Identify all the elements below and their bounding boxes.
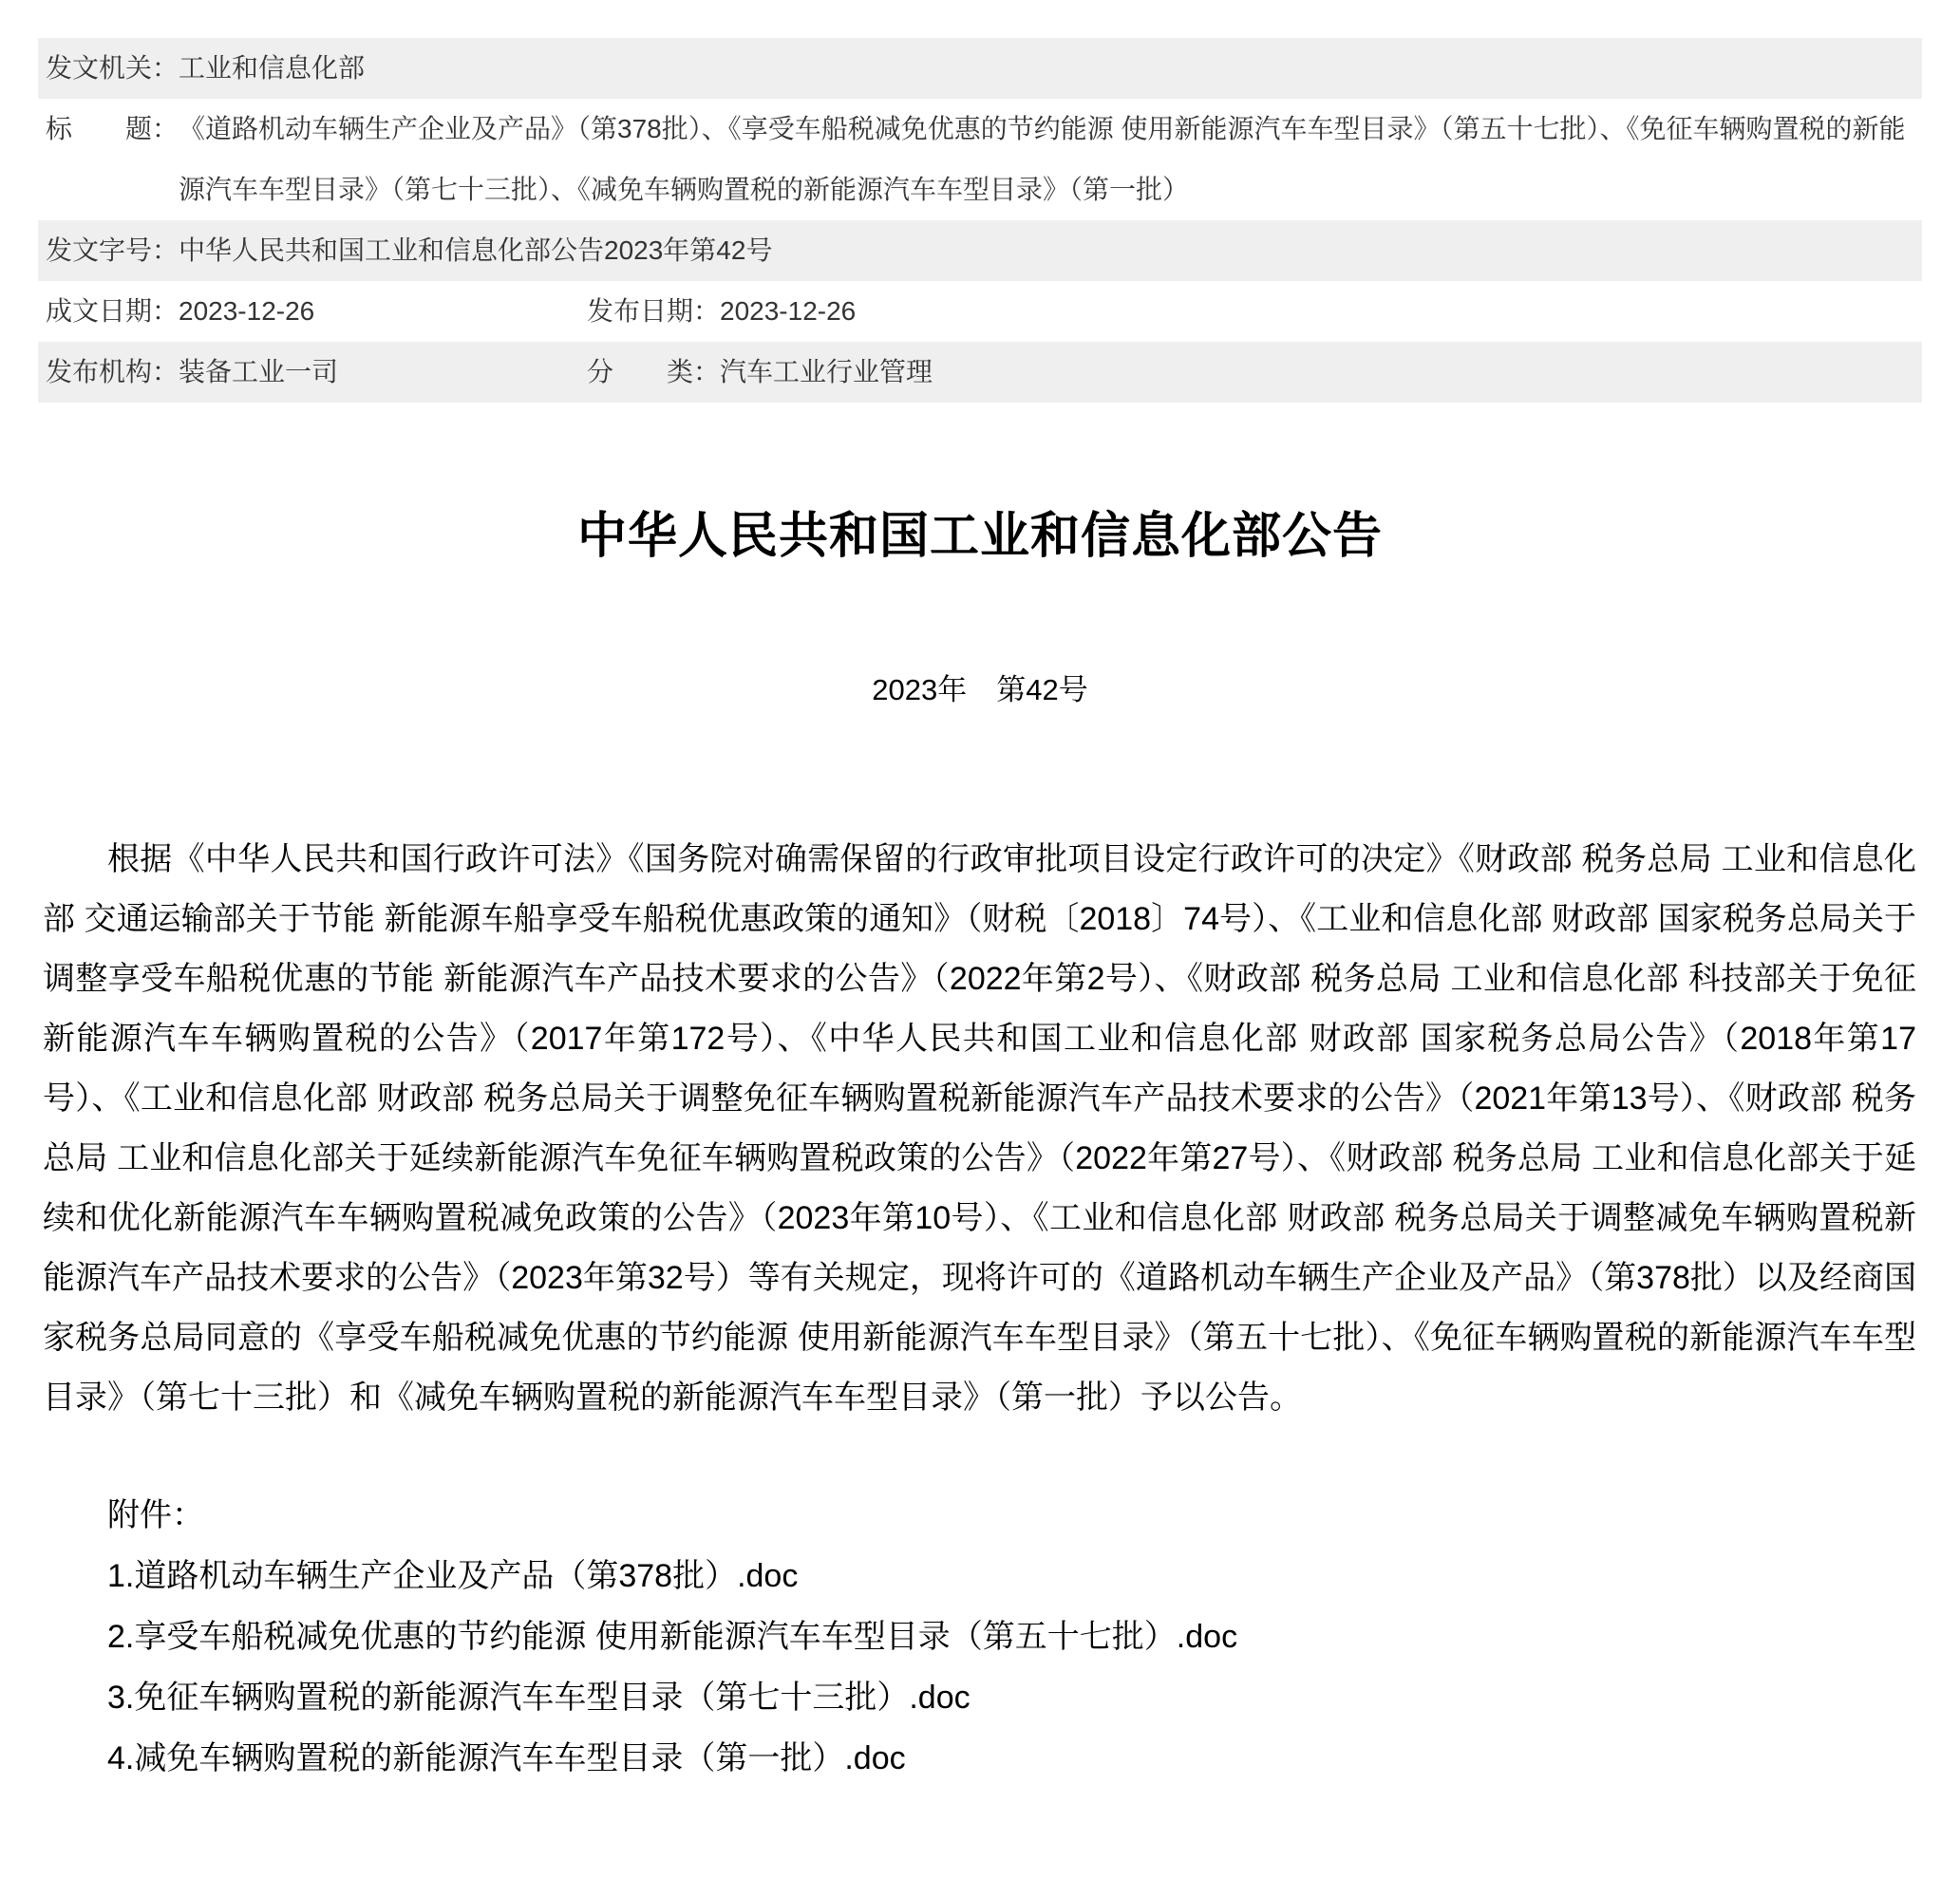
meta-value-publish-date: 2023-12-26 [720, 281, 1907, 342]
meta-cell-signed-date: 成文日期： 2023-12-26 [46, 281, 587, 342]
attachment-link-2[interactable]: 2.享受车船税减免优惠的节约能源 使用新能源汽车车型目录（第五十七批）.doc [107, 1606, 1916, 1667]
attachment-link-3[interactable]: 3.免征车辆购置税的新能源汽车车型目录（第七十三批）.doc [107, 1667, 1916, 1728]
meta-value-document-number: 中华人民共和国工业和信息化部公告2023年第42号 [179, 220, 1907, 281]
meta-value-publisher: 装备工业一司 [179, 342, 587, 403]
meta-row-document-number: 发文字号： 中华人民共和国工业和信息化部公告2023年第42号 [38, 220, 1922, 281]
meta-value-title: 《道路机动车辆生产企业及产品》（第378批）、《享受车船税减免优惠的节约能源 使… [179, 99, 1907, 220]
meta-label-category: 分 类： [587, 342, 720, 403]
meta-label-issuing-agency: 发文机关： [46, 38, 179, 99]
document-page: 发文机关： 工业和信息化部 标 题： 《道路机动车辆生产企业及产品》（第378批… [0, 0, 1960, 1789]
meta-row-publisher-category: 发布机构： 装备工业一司 分 类： 汽车工业行业管理 [38, 342, 1922, 403]
meta-cell-publisher: 发布机构： 装备工业一司 [46, 342, 587, 403]
meta-cell-category: 分 类： 汽车工业行业管理 [587, 342, 1907, 403]
document-metadata: 发文机关： 工业和信息化部 标 题： 《道路机动车辆生产企业及产品》（第378批… [38, 38, 1922, 403]
issue-number: 2023年 第42号 [0, 666, 1960, 708]
meta-value-category: 汽车工业行业管理 [720, 342, 1907, 403]
meta-label-publish-date: 发布日期： [587, 281, 720, 342]
attachment-link-1[interactable]: 1.道路机动车辆生产企业及产品（第378批）.doc [107, 1546, 1916, 1606]
attachments-label: 附件： [107, 1485, 1916, 1546]
meta-label-document-number: 发文字号： [46, 220, 179, 281]
meta-value-signed-date: 2023-12-26 [179, 281, 587, 342]
attachments-section: 附件： 1.道路机动车辆生产企业及产品（第378批）.doc 2.享受车船税减免… [43, 1485, 1916, 1789]
announcement-body: 根据《中华人民共和国行政许可法》《国务院对确需保留的行政审批项目设定行政许可的决… [43, 830, 1916, 1428]
meta-label-title: 标 题： [46, 99, 179, 160]
meta-cell-publish-date: 发布日期： 2023-12-26 [587, 281, 1907, 342]
meta-value-issuing-agency: 工业和信息化部 [179, 38, 1907, 99]
meta-label-publisher: 发布机构： [46, 342, 179, 403]
meta-label-signed-date: 成文日期： [46, 281, 179, 342]
meta-row-title: 标 题： 《道路机动车辆生产企业及产品》（第378批）、《享受车船税减免优惠的节… [38, 99, 1922, 220]
attachment-link-4[interactable]: 4.减免车辆购置税的新能源汽车车型目录（第一批）.doc [107, 1728, 1916, 1789]
meta-row-dates: 成文日期： 2023-12-26 发布日期： 2023-12-26 [38, 281, 1922, 342]
page-title: 中华人民共和国工业和信息化部公告 [0, 496, 1960, 567]
meta-row-issuing-agency: 发文机关： 工业和信息化部 [38, 38, 1922, 99]
